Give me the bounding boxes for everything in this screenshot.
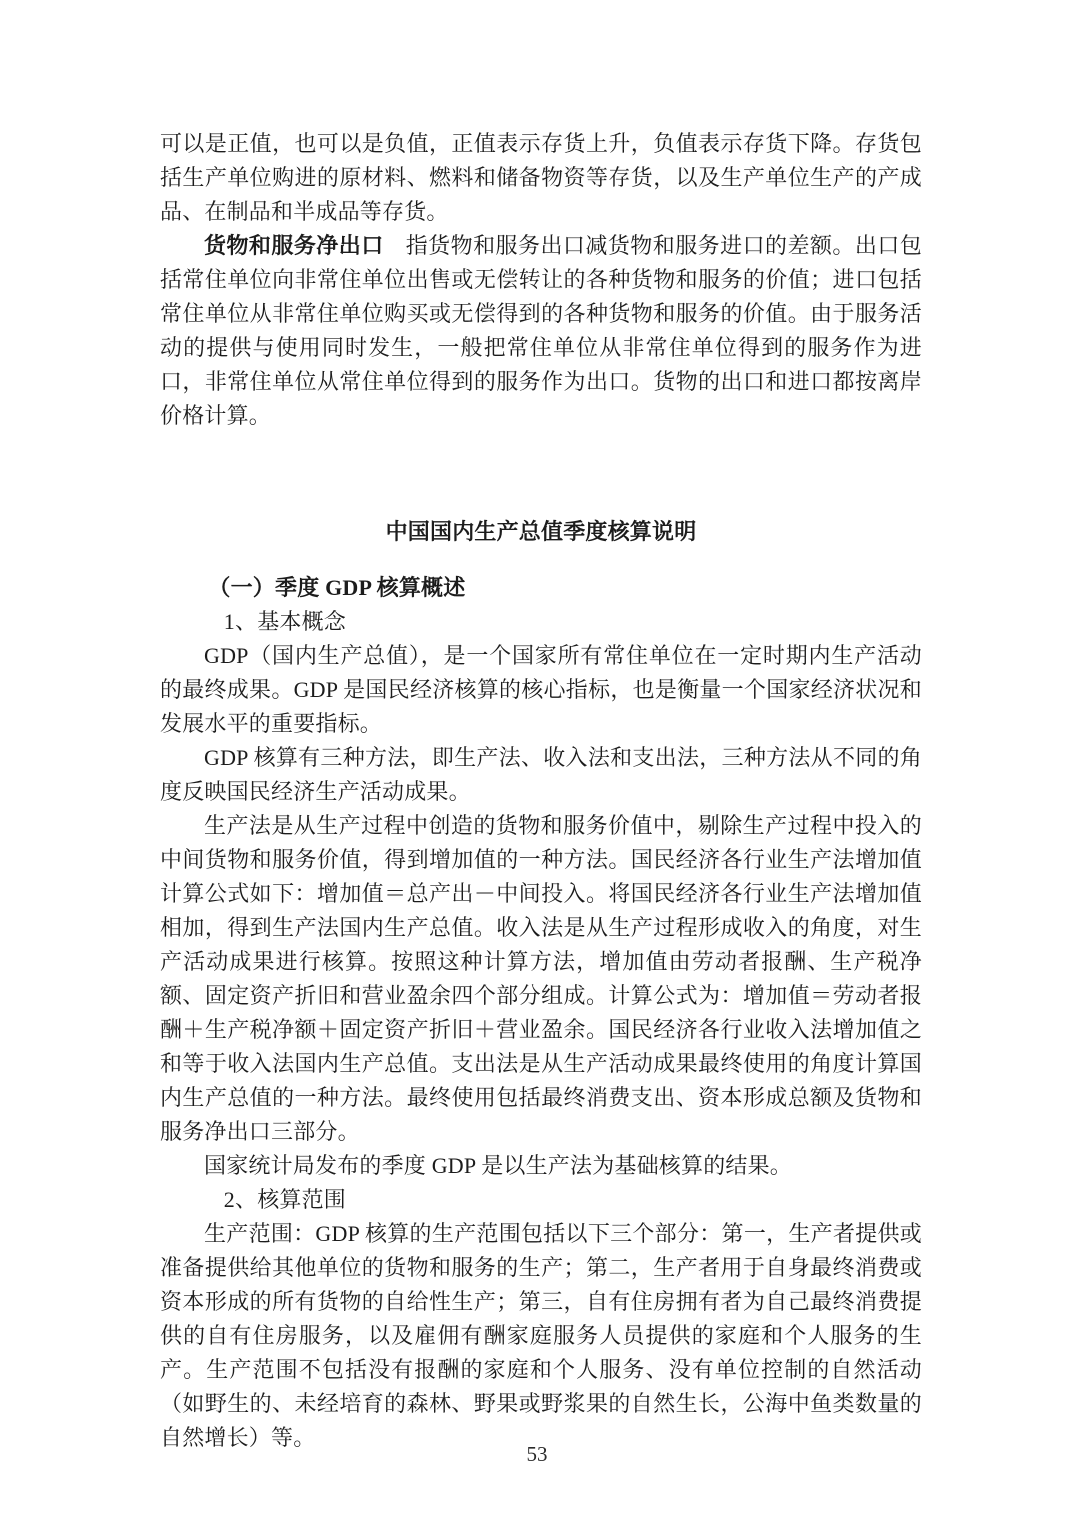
list-item-basic-concepts: 1、基本概念 [160,605,922,639]
paragraph-gdp-definition: GDP（国内生产总值），是一个国家所有常住单位在一定时期内生产活动的最终成果。G… [160,639,922,741]
section-heading-quarterly-gdp-overview: （一）季度 GDP 核算概述 [160,571,922,605]
paragraph-method-details: 生产法是从生产过程中创造的货物和服务价值中，剔除生产过程中投入的中间货物和服务价… [160,809,922,1149]
term-definition-text: 指货物和服务出口减货物和服务进口的差额。出口包括常住单位向非常住单位出售或无偿转… [160,233,922,428]
document-title: 中国国内生产总值季度核算说明 [160,515,922,549]
list-item-accounting-scope: 2、核算范围 [160,1183,922,1217]
document-page: 可以是正值，也可以是负值，正值表示存货上升，负值表示存货下降。存货包括生产单位购… [0,0,1074,1520]
paragraph-nbs-production-approach: 国家统计局发布的季度 GDP 是以生产法为基础核算的结果。 [160,1149,922,1183]
paragraph-net-exports-definition: 货物和服务净出口指货物和服务出口减货物和服务进口的差额。出口包括常住单位向非常住… [160,229,922,433]
term-net-exports-of-goods-and-services: 货物和服务净出口 [204,233,384,258]
page-body: 可以是正值，也可以是负值，正值表示存货上升，负值表示存货下降。存货包括生产单位购… [160,127,922,1455]
page-number: 53 [0,1442,1074,1467]
paragraph-three-methods: GDP 核算有三种方法，即生产法、收入法和支出法，三种方法从不同的角度反映国民经… [160,741,922,809]
paragraph-production-scope: 生产范围：GDP 核算的生产范围包括以下三个部分：第一，生产者提供或准备提供给其… [160,1217,922,1455]
paragraph-inventory-carryover: 可以是正值，也可以是负值，正值表示存货上升，负值表示存货下降。存货包括生产单位购… [160,127,922,229]
